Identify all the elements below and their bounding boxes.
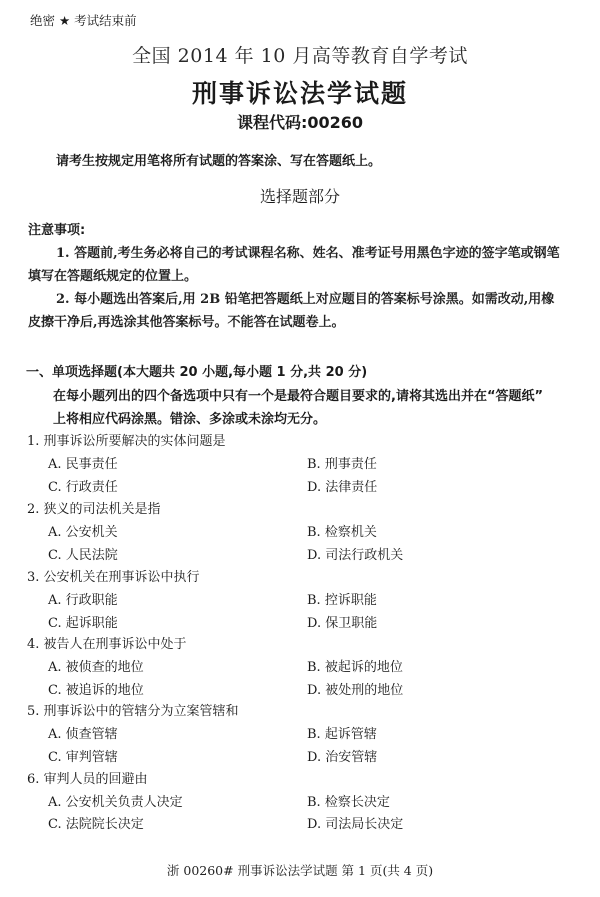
question-5-option-a: A. 侦查管辖	[48, 723, 118, 742]
question-6-option-c: C. 法院院长决定	[48, 813, 144, 832]
question-6-option-a: A. 公安机关负责人决定	[48, 791, 183, 810]
question-5-option-b: B. 起诉管辖	[307, 723, 377, 742]
notice-line-1: 1. 答题前,考生务必将自己的考试课程名称、姓名、准考证号用黑色字迹的签字笔或钢…	[56, 242, 560, 261]
question-1-option-d: D. 法律责任	[307, 476, 377, 495]
notice-line-3: 2. 每小题选出答案后,用 2B 铅笔把答题纸上对应题目的答案标号涂黑。如需改动…	[56, 288, 554, 307]
question-5-option-c: C. 审判管辖	[48, 746, 118, 765]
notice-line-2: 填写在答题纸规定的位置上。	[28, 265, 197, 284]
notice-title: 注意事项:	[28, 219, 85, 238]
question-2-option-c: C. 人民法院	[48, 544, 118, 563]
question-3-option-a: A. 行政职能	[48, 589, 118, 608]
question-4-stem: 4. 被告人在刑事诉讼中处于	[27, 633, 187, 652]
subject-title: 刑事诉讼法学试题	[0, 74, 600, 110]
exam-title: 全国 2014 年 10 月高等教育自学考试	[0, 41, 600, 68]
question-3-option-b: B. 控诉职能	[307, 589, 377, 608]
secrecy-label: 绝密 ★ 考试结束前	[30, 11, 137, 29]
question-6-option-d: D. 司法局长决定	[307, 813, 403, 832]
course-code: 课程代码:00260	[0, 110, 600, 133]
part-desc-2: 上将相应代码涂黑。错涂、多涂或未涂均无分。	[53, 408, 326, 427]
question-3-option-d: D. 保卫职能	[307, 612, 377, 631]
question-5-stem: 5. 刑事诉讼中的管辖分为立案管辖和	[27, 700, 239, 719]
question-2-option-a: A. 公安机关	[48, 521, 118, 540]
question-4-option-c: C. 被追诉的地位	[48, 679, 144, 698]
question-1-option-c: C. 行政责任	[48, 476, 118, 495]
part-title: 一、单项选择题(本大题共 20 小题,每小题 1 分,共 20 分)	[26, 361, 367, 380]
question-1-option-a: A. 民事责任	[48, 453, 118, 472]
question-2-stem: 2. 狭义的司法机关是指	[27, 498, 161, 517]
question-5-option-d: D. 治安管辖	[307, 746, 377, 765]
question-1-stem: 1. 刑事诉讼所要解决的实体问题是	[27, 430, 226, 449]
question-2-option-b: B. 检察机关	[307, 521, 377, 540]
question-3-option-c: C. 起诉职能	[48, 612, 118, 631]
question-6-stem: 6. 审判人员的回避由	[27, 768, 148, 787]
answer-instruction: 请考生按规定用笔将所有试题的答案涂、写在答题纸上。	[56, 150, 381, 169]
question-2-option-d: D. 司法行政机关	[307, 544, 403, 563]
page-footer: 浙 00260# 刑事诉讼法学试题 第 1 页(共 4 页)	[0, 861, 600, 879]
question-4-option-d: D. 被处刑的地位	[307, 679, 403, 698]
question-3-stem: 3. 公安机关在刑事诉讼中执行	[27, 566, 200, 585]
notice-line-4: 皮擦干净后,再选涂其他答案标号。不能答在试题卷上。	[28, 311, 345, 330]
question-1-option-b: B. 刑事责任	[307, 453, 377, 472]
question-6-option-b: B. 检察长决定	[307, 791, 390, 810]
section-title: 选择题部分	[0, 184, 600, 207]
question-4-option-b: B. 被起诉的地位	[307, 656, 403, 675]
question-4-option-a: A. 被侦查的地位	[48, 656, 144, 675]
part-desc-1: 在每小题列出的四个备选项中只有一个是最符合题目要求的,请将其选出并在“答题纸”	[53, 385, 543, 404]
